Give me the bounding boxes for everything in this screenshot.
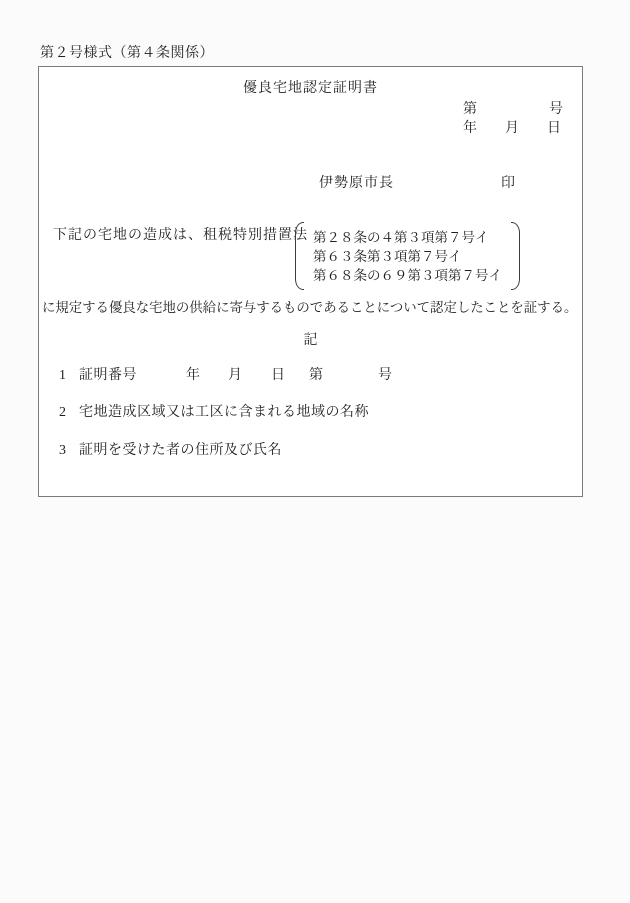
body-conclusion-text: に規定する優良な宅地の供給に寄与するものであることについて認定したことを証する。 — [42, 301, 577, 314]
certificate-title: 優良宅地認定証明書 — [39, 82, 582, 96]
number-prefix-label: 第 — [463, 103, 477, 117]
item1-month-label: 月 — [228, 369, 242, 383]
law-clause-line: 第６８条の６９第３項第７号イ — [313, 266, 502, 285]
right-bracket-icon — [511, 222, 520, 290]
list-item-area-name: 2 宅地造成区域又は工区に含まれる地域の名称 — [39, 406, 582, 422]
law-clause-group: 第２８条の４第３項第７号イ 第６３条第３項第７号イ 第６８条の６９第３項第７号イ — [295, 222, 520, 290]
date-year-label: 年 — [463, 122, 477, 136]
item-label: 証明を受けた者の住所及び氏名 — [79, 444, 282, 458]
item-number: 3 — [59, 444, 66, 458]
body-intro-text: 下記の宅地の造成は、租税特別措置法 — [53, 229, 308, 243]
issuer-name: 伊勢原市長 — [319, 177, 394, 191]
law-clause-list: 第２８条の４第３項第７号イ 第６３条第３項第７号イ 第６８条の６９第３項第７号イ — [304, 228, 511, 285]
item1-number-prefix-label: 第 — [309, 369, 323, 383]
certificate-box: 優良宅地認定証明書 第 号 年 月 日 伊勢原市長 印 下記の宅地の造成は、租税… — [38, 66, 583, 497]
form-number-label: 第２号様式（第４条関係） — [40, 47, 214, 61]
law-clause-line: 第６３条第３項第７号イ — [313, 247, 502, 266]
number-suffix-label: 号 — [549, 103, 563, 117]
law-clause-line: 第２８条の４第３項第７号イ — [313, 228, 502, 247]
certificate-date-line: 年 月 日 — [463, 122, 561, 136]
item-number: 1 — [59, 369, 66, 383]
seal-placeholder: 印 — [501, 177, 515, 191]
date-day-label: 日 — [547, 122, 561, 136]
list-item-recipient: 3 証明を受けた者の住所及び氏名 — [39, 444, 582, 460]
item1-number-suffix-label: 号 — [378, 369, 392, 383]
certificate-number-line: 第 号 — [463, 103, 563, 117]
date-month-label: 月 — [505, 122, 519, 136]
item-label: 証明番号 — [79, 369, 137, 383]
item-number: 2 — [59, 406, 66, 420]
item1-year-label: 年 — [186, 369, 200, 383]
left-bracket-icon — [295, 222, 304, 290]
item1-day-label: 日 — [271, 369, 285, 383]
item-label: 宅地造成区域又は工区に含まれる地域の名称 — [79, 406, 369, 420]
list-item-certificate-number: 1 証明番号 年 月 日 第 号 — [39, 369, 582, 385]
record-heading: 記 — [39, 334, 582, 348]
